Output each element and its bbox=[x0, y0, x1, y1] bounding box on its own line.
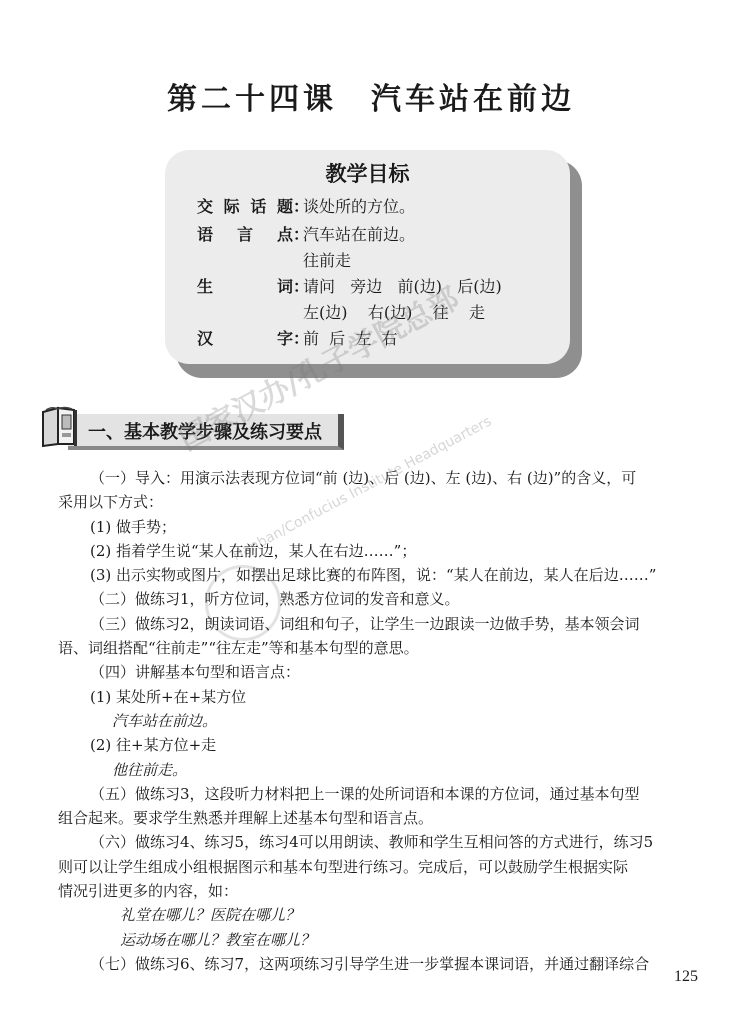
objective-label: 汉字 bbox=[197, 326, 293, 349]
objective-label-char: 际 bbox=[224, 194, 240, 217]
objective-row: 交际话题：谈处所的方位。 bbox=[197, 194, 415, 217]
body-line: 礼堂在哪儿？医院在哪儿？ bbox=[60, 903, 670, 927]
objective-value: 前 后 左 右 bbox=[303, 326, 398, 349]
body-line: 则可以让学生组成小组根据图示和基本句型进行练习。完成后，可以鼓励学生根据实际 bbox=[58, 855, 670, 879]
body-line: （四）讲解基本句型和语言点： bbox=[60, 660, 670, 684]
objective-row: 语言点：汽车站在前边。 bbox=[197, 222, 415, 245]
body-line: (2) 往+某方位+走 bbox=[60, 733, 670, 757]
objective-label-char: 生 bbox=[197, 274, 213, 297]
lesson-topic: 汽车站在前边 bbox=[371, 82, 575, 117]
objective-label-char: 语 bbox=[197, 222, 213, 245]
objective-label: 语言点 bbox=[197, 222, 293, 245]
objective-row: 生词：请问 旁边 前(边) 后(边) bbox=[197, 274, 502, 297]
objective-colon: ： bbox=[293, 222, 303, 245]
objective-label-char: 字 bbox=[277, 326, 293, 349]
page-number: 125 bbox=[674, 968, 698, 986]
objective-label-char: 交 bbox=[197, 194, 213, 217]
body-line: （三）做练习2，朗读词语、词组和句子，让学生一边跟读一边做手势，基本领会词 bbox=[60, 612, 670, 636]
objective-label bbox=[197, 248, 293, 271]
objective-colon bbox=[293, 300, 303, 323]
body-line: (1) 做手势； bbox=[60, 515, 670, 539]
objective-colon: ： bbox=[293, 194, 303, 217]
book-icon bbox=[40, 406, 80, 448]
objective-row: 往前走 bbox=[197, 248, 351, 271]
section-title: 一、基本教学步骤及练习要点 bbox=[88, 418, 322, 444]
body-line: 运动场在哪儿？教室在哪儿？ bbox=[60, 928, 670, 952]
body-line: （一）导入：用演示法表现方位词“前 (边)、后 (边)、左 (边)、右 (边)”… bbox=[60, 466, 670, 490]
objective-label-char: 题 bbox=[277, 194, 293, 217]
objective-value: 往前走 bbox=[303, 248, 351, 271]
body-line: (1) 某处所+在+某方位 bbox=[60, 685, 670, 709]
objectives-heading: 教学目标 bbox=[165, 158, 570, 188]
section-heading: 一、基本教学步骤及练习要点 bbox=[40, 406, 330, 448]
body-line: （二）做练习1，听方位词，熟悉方位词的发音和意义。 bbox=[60, 587, 670, 611]
body-line: (2) 指着学生说“某人在前边，某人在右边……”； bbox=[60, 539, 670, 563]
body-line: 汽车站在前边。 bbox=[60, 709, 670, 733]
objective-value: 谈处所的方位。 bbox=[303, 194, 415, 217]
body-line: （七）做练习6、练习7，这两项练习引导学生进一步掌握本课词语，并通过翻译综合 bbox=[60, 952, 670, 976]
body-text: （一）导入：用演示法表现方位词“前 (边)、后 (边)、左 (边)、右 (边)”… bbox=[60, 466, 670, 976]
body-line: （六）做练习4、练习5，练习4可以用朗读、教师和学生互相问答的方式进行，练习5 bbox=[60, 830, 670, 854]
objective-value: 汽车站在前边。 bbox=[303, 222, 415, 245]
body-line: (3) 出示实物或图片，如摆出足球比赛的布阵图，说：“某人在前边，某人在后边……… bbox=[60, 563, 670, 587]
objective-row: 汉字：前 后 左 右 bbox=[197, 326, 398, 349]
body-line: 语、词组搭配“往前走”“往左走”等和基本句型的意思。 bbox=[58, 636, 670, 660]
body-line: 组合起来。要求学生熟悉并理解上述基本句型和语言点。 bbox=[58, 806, 670, 830]
objective-colon bbox=[293, 248, 303, 271]
lesson-number: 第二十四课 bbox=[167, 82, 337, 117]
page-title: 第二十四课汽车站在前边 bbox=[0, 74, 742, 118]
objective-value: 请问 旁边 前(边) 后(边) bbox=[303, 274, 502, 297]
body-line: 他往前走。 bbox=[60, 758, 670, 782]
objective-label-char: 话 bbox=[250, 194, 266, 217]
objective-label-char: 言 bbox=[237, 222, 253, 245]
objective-label-char: 词 bbox=[277, 274, 293, 297]
objectives-box: 教学目标 交际话题：谈处所的方位。语言点：汽车站在前边。往前走生词：请问 旁边 … bbox=[165, 150, 570, 364]
body-line: 采用以下方式： bbox=[58, 490, 670, 514]
objective-value: 左(边) 右(边) 往 走 bbox=[303, 300, 485, 323]
objective-label bbox=[197, 300, 293, 323]
objective-row: 左(边) 右(边) 往 走 bbox=[197, 300, 485, 323]
objective-label: 交际话题 bbox=[197, 194, 293, 217]
objective-colon: ： bbox=[293, 326, 303, 349]
objective-label-char: 汉 bbox=[197, 326, 213, 349]
objective-label-char: 点 bbox=[277, 222, 293, 245]
objective-colon: ： bbox=[293, 274, 303, 297]
body-line: （五）做练习3，这段听力材料把上一课的处所词语和本课的方位词，通过基本句型 bbox=[60, 782, 670, 806]
body-line: 情况引进更多的内容，如： bbox=[58, 879, 670, 903]
objective-label: 生词 bbox=[197, 274, 293, 297]
